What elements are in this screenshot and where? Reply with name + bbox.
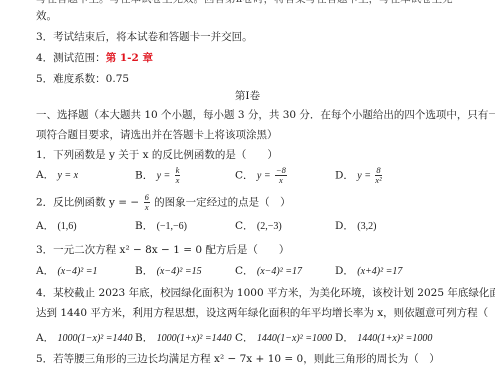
question-1-stem: 1．下列函数是 y 关于 x 的反比例函数的是（ ） <box>36 148 278 162</box>
option-formula: 1000(1−x)² =1440 <box>57 333 132 344</box>
denominator: x² <box>375 176 381 185</box>
question-3-option-a[interactable]: A． (x−4)² =1 <box>36 264 98 279</box>
denominator: x <box>175 176 181 185</box>
option-label: B． <box>135 220 153 232</box>
instruction-item-5: 5．难度系数：0.75 <box>36 72 129 86</box>
question-1-option-c[interactable]: C． y = −8x <box>235 166 288 185</box>
option-label: D． <box>335 265 354 277</box>
option-formula: (2,−3) <box>257 221 282 232</box>
question-4-option-d[interactable]: D． 1440(1+x)² =1000 <box>335 331 432 346</box>
question-4-option-a[interactable]: A． 1000(1−x)² =1440 <box>36 331 133 346</box>
instruction-item-4-label: 4．测试范围： <box>36 52 106 64</box>
option-label: D． <box>335 220 354 232</box>
option-formula: (x−4)² =1 <box>57 266 97 277</box>
option-label: A． <box>36 169 54 181</box>
fraction: 8x² <box>375 166 381 185</box>
part1-header-line2: 项符合题目要求，请选出并在答题卡上将该项涂黑） <box>36 128 278 142</box>
question-2-option-b[interactable]: B． (−1,−6) <box>135 219 187 234</box>
option-formula-prefix: y = <box>257 171 271 182</box>
stem-suffix: 的图象一定经过的点是（ ） <box>154 197 291 209</box>
instruction-tail: 效。 <box>36 9 57 23</box>
question-2-option-a[interactable]: A． (1,6) <box>36 219 77 234</box>
option-formula: (x+4)² =17 <box>357 266 402 277</box>
question-3-stem: 3．一元二次方程 x² − 8x − 1 = 0 配方后是（ ） <box>36 243 289 257</box>
question-1-option-b[interactable]: B． y = kx <box>135 166 181 185</box>
option-formula: 1440(1+x)² =1000 <box>357 333 432 344</box>
question-4-option-c[interactable]: C． 1440(1−x)² =1000 <box>235 331 332 346</box>
section-title: 第Ⅰ卷 <box>0 88 495 103</box>
option-formula: y = x <box>57 170 78 181</box>
fraction: kx <box>175 166 181 185</box>
option-label: A． <box>36 265 54 277</box>
option-formula-prefix: y = <box>357 171 371 182</box>
denominator: x <box>275 176 287 185</box>
denominator: x <box>144 203 150 212</box>
option-label: C． <box>235 265 254 277</box>
question-3-option-c[interactable]: C． (x−4)² =17 <box>235 264 302 279</box>
part1-header-line1: 一、选择题（本大题共 10 个小题，每小题 3 分，共 30 分．在每个小题给出… <box>36 108 495 122</box>
option-label: D． <box>335 170 354 182</box>
fraction: 6x <box>144 193 150 212</box>
question-2-option-c[interactable]: C． (2,−3) <box>235 219 282 234</box>
option-label: C． <box>235 220 254 232</box>
option-label: C． <box>235 170 254 182</box>
question-3-option-d[interactable]: D． (x+4)² =17 <box>335 264 402 279</box>
stem-prefix: 2．反比例函数 y = − <box>36 197 139 209</box>
option-formula: (x−4)² =17 <box>257 266 302 277</box>
option-formula: 1000(1+x)² =1440 <box>157 333 232 344</box>
question-4-stem-line2: 达到 1440 平方米，利用方程思想，设这两年绿化面积的年平均增长率为 x，则依… <box>36 306 495 320</box>
question-2-stem: 2．反比例函数 y = − 6x 的图象一定经过的点是（ ） <box>36 193 291 212</box>
option-label: B． <box>135 170 153 182</box>
option-label: B． <box>135 265 153 277</box>
instruction-item-3: 3．考试结束后，将本试卷和答题卡一并交回。 <box>36 30 253 44</box>
question-4-stem-line1: 4．某校截止 2023 年底，校园绿化面积为 1000 平方米，为美化环境，该校… <box>36 286 495 300</box>
question-1-option-d[interactable]: D． y = 8x² <box>335 166 383 185</box>
question-5-stem: 5．若等腰三角形的三边长均满足方程 x² − 7x + 10 = 0，则此三角形… <box>36 352 440 366</box>
test-range: 第 1-2 章 <box>106 52 153 64</box>
option-formula: 1440(1−x)² =1000 <box>257 333 332 344</box>
question-3-option-b[interactable]: B． (x−4)² =15 <box>135 264 202 279</box>
option-label: A． <box>36 220 54 232</box>
instruction-item-4: 4．测试范围：第 1-2 章 <box>36 51 153 65</box>
instruction-cut-line: 写在答题卡上。写在本试卷上无效。回答第Ⅱ卷时，将答案写在答题卡上，写在本试卷上无 <box>36 0 453 6</box>
fraction: −8x <box>275 166 287 185</box>
question-2-option-d[interactable]: D． (3,2) <box>335 219 376 234</box>
option-formula: (1,6) <box>57 221 76 232</box>
option-formula-prefix: y = <box>157 171 171 182</box>
option-formula: (3,2) <box>357 221 376 232</box>
option-label: B． <box>135 332 153 344</box>
option-formula: (x−4)² =15 <box>157 266 202 277</box>
option-formula: (−1,−6) <box>157 221 187 232</box>
option-label: C． <box>235 332 254 344</box>
option-label: A． <box>36 332 54 344</box>
question-1-option-a[interactable]: A． y = x <box>36 168 78 183</box>
option-label: D． <box>335 332 354 344</box>
question-4-option-b[interactable]: B． 1000(1+x)² =1440 <box>135 331 232 346</box>
